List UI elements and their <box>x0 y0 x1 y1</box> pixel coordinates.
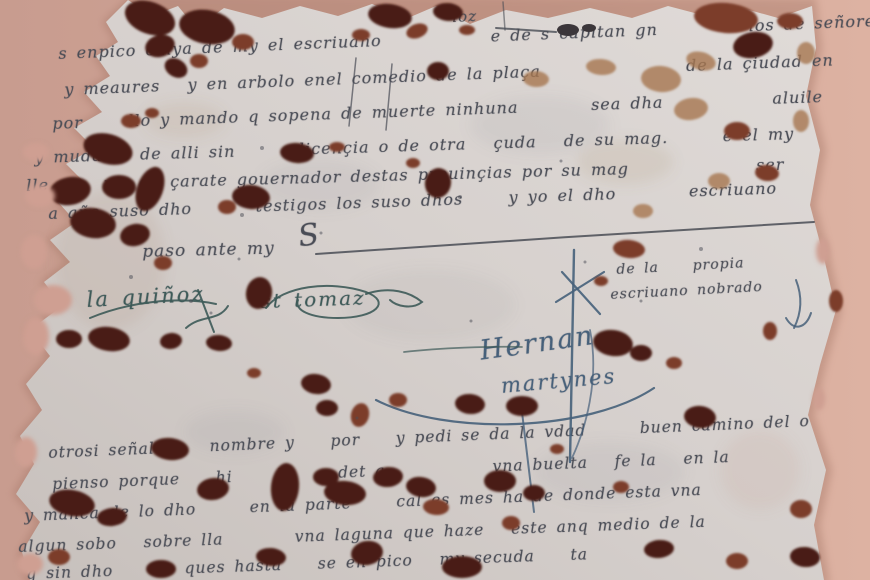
handwritten-line-5: lle niz de çarate gouernador destas prou… <box>26 155 785 195</box>
handwriting-layer: loz s enpico omya de my el escriuano e d… <box>0 0 870 580</box>
paper-stains <box>55 95 800 510</box>
handwritten-line-3: por llo y mando q sopena de muerte ninhu… <box>52 87 823 133</box>
flourish-letter-s: S <box>296 217 322 255</box>
handwritten-line-2: y meaures y en arbolo enel comedio de la… <box>64 50 834 99</box>
paper-sheet <box>16 0 836 580</box>
signature-left: la quiñoz <box>86 282 205 312</box>
pink-backing-mat <box>0 0 870 580</box>
torn-edge-bites <box>15 143 830 575</box>
scribe-note-line-2: escriuano nobrado <box>610 279 763 303</box>
ink-specks <box>129 146 703 420</box>
manuscript-photo: loz s enpico omya de my el escriuano e d… <box>0 0 870 580</box>
handwritten-line-1: s enpico omya de my el escriuano e de s … <box>58 11 870 63</box>
scribe-note-line-1: de la propia <box>616 255 745 278</box>
handwritten-line-11: q sin dho ques hasta se en pico my secud… <box>26 545 588 580</box>
handwritten-line-9: y manca de lo dho en la parte cal es mes… <box>24 481 702 525</box>
handwritten-line-4: y mudarse de alli sin licençia o de otra… <box>34 124 794 167</box>
handwritten-line-7: otrosi señalo nombre y por y pedi se da … <box>48 412 810 462</box>
handwritten-line-8: pienso porque hi la det a vna buelta fe … <box>34 448 730 494</box>
ink-flourish-strokes <box>90 2 814 512</box>
damage-and-flourish-layer <box>0 0 870 580</box>
signature-center: st tomaz <box>260 285 366 313</box>
handwritten-fragment-loz: loz <box>452 7 477 26</box>
worm-holes <box>47 0 843 578</box>
handwritten-line-paso-ante-my: paso ante my <box>142 239 275 262</box>
handwritten-line-10: algun sobo sobre lla vna laguna que haze… <box>18 513 706 556</box>
handwritten-line-6: a año suso dho testigos los suso dhos y … <box>48 179 777 223</box>
signature-main-line-2: martynes <box>500 364 617 398</box>
paper-sheet-layer <box>0 0 870 580</box>
paper-shadow <box>12 0 842 580</box>
signature-main-line-1: Hernan <box>478 320 597 367</box>
